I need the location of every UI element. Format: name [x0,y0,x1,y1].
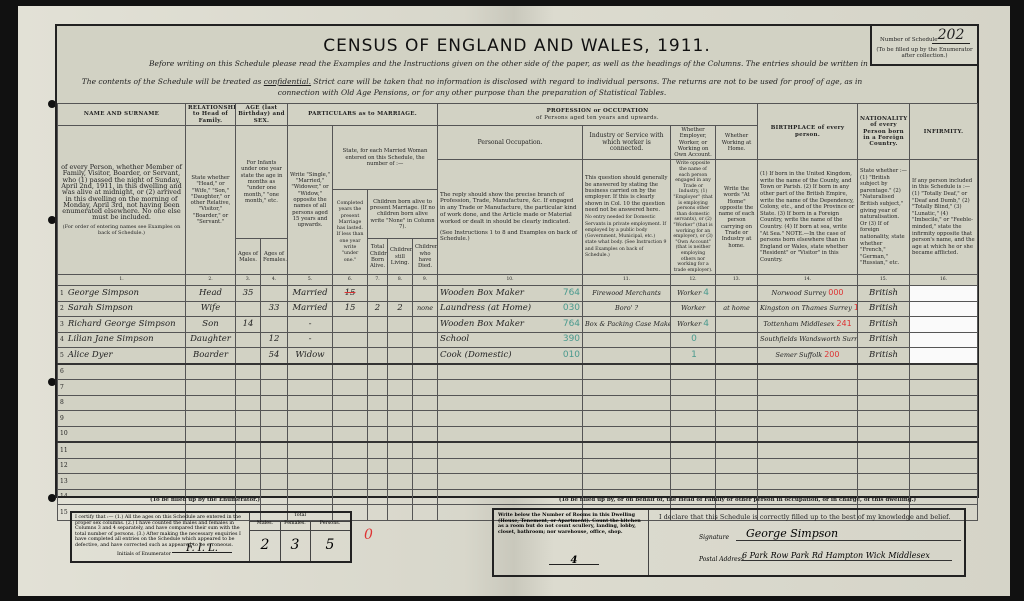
cell-years-married[interactable] [333,426,368,442]
column-number-row: 1.2. 3.4. 5.6. 7.8. 9.10. 11.12. 13.14. … [58,275,978,286]
cell-living[interactable] [388,380,413,396]
employment-code: 1 [691,350,697,360]
cell-age-male[interactable] [236,301,261,317]
table-row: 7 [58,380,978,396]
cell-nationality[interactable] [858,380,910,396]
cell-infirmity[interactable] [910,474,978,490]
cell-age-male[interactable] [236,348,261,364]
table-row: 12 [58,458,978,474]
cell-relationship[interactable]: Wife [186,301,236,317]
cell-age-female[interactable] [261,411,288,427]
cell-birthplace[interactable] [758,458,858,474]
row-number: 1 [60,290,64,297]
cell-name[interactable]: 5Alice Dyer [58,348,186,364]
cell-infirmity[interactable] [910,301,978,317]
cell-infirmity[interactable] [910,364,978,380]
table-row: 5Alice DyerBoarder54WidowCook (Domestic)… [58,348,978,364]
cell-died[interactable] [413,426,438,442]
cell-industry[interactable] [583,411,671,427]
cell-living[interactable] [388,458,413,474]
cell-age-male[interactable] [236,474,261,490]
cell-birthplace[interactable] [758,380,858,396]
cell-infirmity[interactable] [910,395,978,411]
cell-marital[interactable] [288,474,333,490]
cell-infirmity[interactable] [910,286,978,302]
enumerator-certification: I certify that :— (1.) All the ages on t… [72,513,250,561]
cell-age-female[interactable]: 54 [261,348,288,364]
cell-birthplace[interactable] [758,426,858,442]
schedule-number-box: Number of Schedule 202 (To be filled up … [870,24,979,66]
cell-infirmity[interactable] [910,411,978,427]
header-nationality: NATIONALITY of every Person born in a Fo… [858,104,910,160]
cell-nationality[interactable] [858,395,910,411]
header-age-males: Ages of Males. [236,239,261,275]
cell-years-married[interactable]: 15 [333,301,368,317]
cell-name[interactable]: 13 [58,474,186,490]
confidentiality-notice: The contents of the Schedule will be tre… [67,76,877,98]
row-number: 12 [60,462,68,469]
cell-died[interactable] [413,332,438,348]
table-row: 4Lilian Jane SimpsonDaughter12-School390… [58,332,978,348]
cell-employment[interactable] [671,426,716,442]
cell-died[interactable] [413,395,438,411]
cell-age-female[interactable]: 12 [261,332,288,348]
cell-industry[interactable] [583,348,671,364]
cell-marital[interactable] [288,411,333,427]
birthplace-code: 000 [828,288,843,297]
table-row: 2Sarah SimpsonWife33Married1522noneLaund… [58,301,978,317]
cell-marital[interactable]: Married [288,286,333,302]
cell-nationality[interactable]: British [858,348,910,364]
cell-birthplace[interactable]: Southfields Wandsworth Surrey000 [758,332,858,348]
cell-employment[interactable]: Worker4 [671,317,716,333]
cell-at-home[interactable]: at home [716,301,758,317]
header-employer-desc: Write opposite the name of each person e… [671,160,716,275]
header-personal-occupation-desc: The reply should show the precise branch… [438,160,583,275]
occupation-code: 764 [563,290,580,296]
occupation-code: 390 [563,336,580,342]
cell-years-married[interactable] [333,332,368,348]
cell-employment[interactable]: 0 [671,332,716,348]
header-birthplace-desc: (1) If born in the United Kingdom, write… [758,160,858,275]
header-personal-occupation: Personal Occupation. [438,126,583,160]
cell-at-home[interactable] [716,426,758,442]
cell-nationality[interactable] [858,364,910,380]
cell-age-male[interactable] [236,442,261,458]
cell-age-male[interactable] [236,332,261,348]
cell-age-female[interactable] [261,458,288,474]
cell-at-home[interactable] [716,380,758,396]
table-row: 10 [58,426,978,442]
cell-died[interactable] [413,458,438,474]
cell-industry[interactable] [583,474,671,490]
header-infirmity-desc: If any person included in this Schedule … [910,160,978,275]
cell-infirmity[interactable] [910,442,978,458]
header-nationality-desc: State whether :— (1) "British subject by… [858,160,910,275]
cell-industry[interactable] [583,380,671,396]
header-total-children: Total Children Born Alive. [368,239,388,275]
cell-at-home[interactable] [716,332,758,348]
cell-birthplace[interactable]: Semer Suffolk200 [758,348,858,364]
total-males[interactable]: 2 [250,531,280,553]
cell-name[interactable]: 10 [58,426,186,442]
cell-marital[interactable]: Widow [288,348,333,364]
instruction-line: Before writing on this Schedule please r… [57,59,977,68]
cell-employment[interactable] [671,380,716,396]
header-profession: PROFESSION or OCCUPATIONof Persons aged … [438,104,758,126]
cell-name[interactable]: 3Richard George Simpson [58,317,186,333]
cell-name[interactable]: 11 [58,442,186,458]
cell-years-married[interactable] [333,380,368,396]
cell-occupation[interactable] [438,364,583,380]
cell-years-married[interactable] [333,474,368,490]
cell-living[interactable] [388,332,413,348]
signature-label: Signature [699,534,729,541]
cell-relationship[interactable]: Daughter [186,332,236,348]
declaration-text: I declare that this Schedule is correctl… [659,513,950,521]
cell-years-married[interactable] [333,395,368,411]
cell-age-male[interactable] [236,458,261,474]
schedule-number-note: (To be filled up by the Enumerator after… [876,47,973,59]
cell-years-married[interactable] [333,458,368,474]
cell-occupation[interactable]: School390 [438,332,583,348]
header-industry-desc: This question should generally be answer… [583,160,671,275]
document-title: CENSUS OF ENGLAND AND WALES, 1911. [57,36,977,56]
cell-age-female[interactable]: 33 [261,301,288,317]
cell-infirmity[interactable] [910,380,978,396]
birthplace-code: 200 [824,350,839,359]
cell-living[interactable] [388,317,413,333]
cell-age-female[interactable] [261,474,288,490]
cell-name[interactable]: 12 [58,458,186,474]
cell-age-female[interactable] [261,426,288,442]
cell-total-children[interactable] [368,348,388,364]
row-number: 8 [60,399,64,406]
birthplace-code: 190 [854,303,858,312]
cell-industry[interactable] [583,332,671,348]
cell-total-children[interactable] [368,442,388,458]
cell-name[interactable]: 9 [58,411,186,427]
postal-address-field[interactable]: 6 Park Row Park Rd Hampton Wick Middlese… [742,551,952,561]
cell-marital[interactable] [288,442,333,458]
cell-died[interactable] [413,411,438,427]
cell-years-married[interactable] [333,442,368,458]
cell-living[interactable] [388,411,413,427]
enumerator-section-title: (To be filled up by the Enumerator.) [95,497,315,503]
cell-at-home[interactable] [716,458,758,474]
cell-occupation[interactable] [438,380,583,396]
cell-years-married[interactable] [333,317,368,333]
cell-died[interactable] [413,364,438,380]
cell-at-home[interactable] [716,442,758,458]
cell-birthplace[interactable] [758,474,858,490]
cell-at-home[interactable] [716,286,758,302]
cell-age-female[interactable] [261,317,288,333]
cell-birthplace[interactable]: Norwood Surrey000 [758,286,858,302]
cell-age-female[interactable] [261,395,288,411]
row-number: 11 [60,447,68,454]
total-females[interactable]: 3 [280,531,310,553]
household-rows: 1George SimpsonHead35Married15Wooden Box… [58,286,978,521]
cell-total-children[interactable] [368,411,388,427]
header-children-alive: Children born alive to present Marriage.… [368,190,438,239]
cell-industry[interactable]: Box & Packing Case Maker [583,317,671,333]
cell-employment[interactable]: Worker [671,301,716,317]
header-children-living: Children still Living. [388,239,413,275]
cell-total-children[interactable] [368,395,388,411]
row-number: 9 [60,415,64,422]
cell-at-home[interactable] [716,364,758,380]
cell-total-children[interactable] [368,458,388,474]
cell-birthplace[interactable]: Tottenham Middlesex241 [758,317,858,333]
cell-relationship[interactable]: Boarder [186,348,236,364]
cell-died[interactable] [413,442,438,458]
cell-industry[interactable] [583,364,671,380]
cell-died[interactable]: none [413,301,438,317]
header-marital-desc: Write "Single," "Married," "Widower," or… [288,126,333,275]
cell-employment[interactable]: Worker4 [671,286,716,302]
cell-years-married[interactable] [333,411,368,427]
cell-occupation[interactable] [438,426,583,442]
cell-age-male[interactable] [236,364,261,380]
cell-age-male[interactable] [236,411,261,427]
head-of-family-box: Write below the Number of Rooms in this … [492,508,966,577]
header-at-home-desc: Write the words "At Home" opposite the n… [716,160,758,275]
header-years-married: Completed years the present Marriage has… [333,190,368,275]
header-age: AGE (last Birthday) and SEX. [236,104,288,126]
cell-living[interactable] [388,442,413,458]
employment-code: 4 [703,288,709,298]
cell-infirmity[interactable] [910,426,978,442]
cell-occupation[interactable]: Wooden Box Maker764 [438,317,583,333]
cell-marital[interactable]: - [288,332,333,348]
header-employer: Whether Employer, Worker, or Working on … [671,126,716,160]
cell-employment[interactable] [671,474,716,490]
cell-occupation[interactable] [438,395,583,411]
cell-relationship[interactable] [186,442,236,458]
cell-relationship[interactable] [186,426,236,442]
cell-occupation[interactable]: Laundress (at Home)030 [438,301,583,317]
cell-infirmity[interactable] [910,317,978,333]
header-infirmity: INFIRMITY. [910,104,978,160]
row-number: 5 [60,352,64,359]
cell-occupation[interactable] [438,474,583,490]
occupation-code: 010 [563,352,580,358]
cell-name[interactable]: 7 [58,380,186,396]
cell-age-male[interactable]: 14 [236,317,261,333]
cell-age-female[interactable] [261,380,288,396]
cell-name[interactable]: 1George Simpson [58,286,186,302]
cell-age-male[interactable] [236,395,261,411]
row-number: 13 [60,478,68,485]
cell-total-children[interactable] [368,474,388,490]
cell-years-married[interactable] [333,364,368,380]
cell-marital[interactable] [288,380,333,396]
employment-code: 0 [691,334,697,344]
cell-relationship[interactable] [186,411,236,427]
table-row: 6 [58,364,978,380]
cell-relationship[interactable]: Son [186,317,236,333]
cell-living[interactable] [388,286,413,302]
cell-age-female[interactable] [261,286,288,302]
cell-relationship[interactable] [186,395,236,411]
cell-died[interactable] [413,348,438,364]
cell-marital[interactable] [288,364,333,380]
cell-nationality[interactable] [858,458,910,474]
cell-living[interactable]: 2 [388,301,413,317]
cell-marital[interactable] [288,426,333,442]
cell-infirmity[interactable] [910,332,978,348]
cell-occupation[interactable] [438,411,583,427]
header-birthplace: BIRTHPLACE of every person. [758,104,858,160]
cell-nationality[interactable]: British [858,317,910,333]
cell-total-children[interactable] [368,286,388,302]
cell-relationship[interactable] [186,458,236,474]
cell-birthplace[interactable] [758,442,858,458]
cell-industry[interactable] [583,458,671,474]
header-relationship: RELATIONSHIP to Head of Family. [186,104,236,126]
header-age-desc: For Infants under one year state the age… [236,126,288,239]
rooms-instruction: Write below the Number of Rooms in this … [494,510,649,575]
cell-nationality[interactable] [858,474,910,490]
cell-name[interactable]: 6 [58,364,186,380]
cell-birthplace[interactable] [758,395,858,411]
signature-field[interactable]: George Simpson [736,527,961,541]
cell-marital[interactable] [288,395,333,411]
cell-occupation[interactable] [438,442,583,458]
row-number: 7 [60,384,64,391]
cell-total-children[interactable] [368,317,388,333]
cell-years-married[interactable]: 15 [333,286,368,302]
cell-nationality[interactable]: British [858,286,910,302]
cell-at-home[interactable] [716,317,758,333]
row-number: 6 [60,368,64,375]
schedule-number-value[interactable]: 202 [932,27,970,44]
cell-age-male[interactable] [236,426,261,442]
cell-age-male[interactable] [236,380,261,396]
cell-total-children[interactable] [368,364,388,380]
cell-total-children[interactable] [368,332,388,348]
cell-occupation[interactable] [438,458,583,474]
cell-died[interactable] [413,380,438,396]
cell-marital[interactable]: - [288,317,333,333]
cell-total-children[interactable] [368,380,388,396]
cell-relationship[interactable] [186,380,236,396]
rooms-count[interactable]: 4 [549,558,599,565]
cell-infirmity[interactable] [910,348,978,364]
occupation-code: 764 [563,321,580,327]
cell-nationality[interactable] [858,411,910,427]
cell-name[interactable]: 2Sarah Simpson [58,301,186,317]
household-table: NAME AND SURNAME RELATIONSHIP to Head of… [57,103,978,521]
header-name-desc: of every Person, whether Member of Famil… [58,126,186,275]
cell-industry[interactable] [583,395,671,411]
cell-nationality[interactable] [858,442,910,458]
cell-occupation[interactable]: Cook (Domestic)010 [438,348,583,364]
cell-marital[interactable]: Married [288,301,333,317]
cell-relationship[interactable] [186,474,236,490]
table-row: 11 [58,442,978,458]
cell-employment[interactable]: 1 [671,348,716,364]
employment-code: 4 [703,319,709,329]
table-row: 13 [58,474,978,490]
header-marriage: PARTICULARS as to MARRIAGE. [288,104,438,126]
table-row: 3Richard George SimpsonSon14-Wooden Box … [58,317,978,333]
cell-marital[interactable] [288,458,333,474]
cell-employment[interactable] [671,395,716,411]
cell-living[interactable] [388,426,413,442]
cell-living[interactable] [388,395,413,411]
schedule-number-label: Number of Schedule [880,37,938,43]
cell-relationship[interactable]: Head [186,286,236,302]
enumerator-initials[interactable]: F. I. L. [172,546,232,553]
cell-employment[interactable] [671,411,716,427]
cell-nationality[interactable]: British [858,301,910,317]
header-industry: Industry or Service with which worker is… [583,126,671,160]
cell-age-male[interactable]: 35 [236,286,261,302]
cell-at-home[interactable] [716,411,758,427]
cell-age-female[interactable] [261,364,288,380]
cell-years-married[interactable] [333,348,368,364]
cell-died[interactable] [413,474,438,490]
cell-died[interactable] [413,317,438,333]
cell-industry[interactable] [583,426,671,442]
header-name: NAME AND SURNAME [58,104,186,126]
cell-nationality[interactable] [858,426,910,442]
cell-total-children[interactable] [368,426,388,442]
total-persons[interactable]: 5 [310,531,350,553]
cell-employment[interactable] [671,458,716,474]
enumerator-totals: Total Males.2 Females.3 Persons.5 [250,513,350,561]
header-children-died: Children who have Died. [413,239,438,275]
cell-at-home[interactable] [716,474,758,490]
cell-living[interactable] [388,474,413,490]
row-number: 2 [60,305,64,312]
cell-nationality[interactable]: British [858,332,910,348]
row-number: 4 [60,336,64,343]
cell-died[interactable] [413,286,438,302]
head-of-family-section-title: (To be filled up by, or on behalf of, th… [500,497,975,503]
cell-employment[interactable] [671,442,716,458]
cell-relationship[interactable] [186,364,236,380]
cell-at-home[interactable] [716,348,758,364]
header-married-woman: State, for each Married Woman entered on… [333,126,438,190]
header-relationship-desc: State whether "Head," or "Wife," "Son," … [186,126,236,275]
postal-address-label: Postal Address [699,556,744,563]
cell-industry[interactable] [583,442,671,458]
cell-at-home[interactable] [716,395,758,411]
cell-birthplace[interactable] [758,411,858,427]
cell-birthplace[interactable] [758,364,858,380]
birthplace-code: 241 [836,319,851,328]
cell-occupation[interactable]: Wooden Box Maker764 [438,286,583,302]
cell-name[interactable]: 8 [58,395,186,411]
cell-total-children[interactable]: 2 [368,301,388,317]
cell-name[interactable]: 4Lilian Jane Simpson [58,332,186,348]
cell-infirmity[interactable] [910,458,978,474]
cell-industry[interactable]: Boro' ? [583,301,671,317]
cell-employment[interactable] [671,364,716,380]
cell-industry[interactable]: Firewood Merchants [583,286,671,302]
cell-living[interactable] [388,348,413,364]
cell-birthplace[interactable]: Kingston on Thames Surrey190 [758,301,858,317]
cell-age-female[interactable] [261,442,288,458]
table-row: 8 [58,395,978,411]
row-number: 3 [60,321,64,328]
table-row: 9 [58,411,978,427]
cell-living[interactable] [388,364,413,380]
occupation-code: 030 [563,305,580,311]
